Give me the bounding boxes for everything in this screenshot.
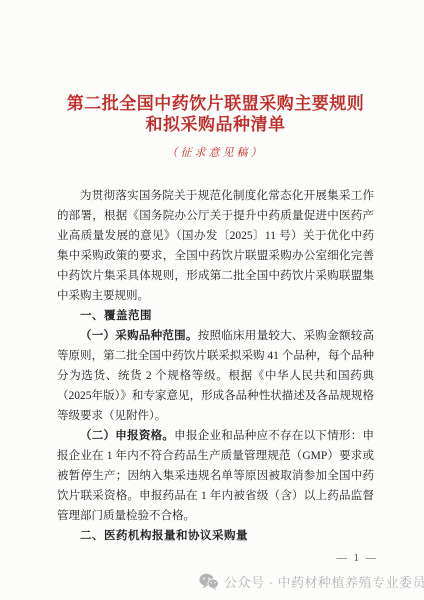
page-number: — 1 — [337, 553, 379, 564]
paragraph-eligibility: （二）申报资格。申报企业和品种应不存在以下情形：申报企业在 1 年内不符合药品生… [57, 426, 374, 526]
paragraph-eligibility-lead: （二）申报资格。 [80, 430, 174, 442]
document-page: 第二批全国中药饮片联盟采购主要规则 和拟采购品种清单 （征求意见稿） 为贯彻落实… [0, 0, 424, 600]
footer-watermark-text: 公众号 · 中药材种植养殖专业委员会 [224, 572, 424, 591]
paragraph-scope: （一）采购品种范围。按照临床用量较大、采购金额较高等原则，第二批全国中药饮片联采… [57, 326, 374, 426]
document-body: 为贯彻落实国务院关于规范化制度化常态化开展集采工作的部署，根据《国务院办公厅关于… [57, 186, 374, 546]
document-title-line-1: 第二批全国中药饮片联盟采购主要规则 [57, 93, 374, 114]
paragraph-scope-text: 按照临床用量较大、采购金额较高等原则，第二批全国中药饮片联采拟采购 41 个品种… [57, 330, 374, 422]
section-heading-2: 二、医药机构报量和协议采购量 [57, 526, 374, 546]
document-title-block: 第二批全国中药饮片联盟采购主要规则 和拟采购品种清单 （征求意见稿） [57, 93, 374, 160]
paragraph-eligibility-text: 申报企业和品种应不存在以下情形：申报企业在 1 年内不符合药品生产质量管理规范（… [57, 430, 374, 522]
document-content: 第二批全国中药饮片联盟采购主要规则 和拟采购品种清单 （征求意见稿） 为贯彻落实… [57, 0, 374, 546]
document-subtitle: （征求意见稿） [57, 144, 374, 160]
wechat-icon [199, 573, 219, 590]
paragraph-scope-lead: （一）采购品种范围。 [80, 330, 198, 342]
section-heading-1: 一、覆盖范围 [57, 306, 374, 326]
paragraph-intro: 为贯彻落实国务院关于规范化制度化常态化开展集采工作的部署，根据《国务院办公厅关于… [57, 186, 374, 306]
footer-watermark: 公众号 · 中药材种植养殖专业委员会 [199, 572, 424, 591]
document-title-line-2: 和拟采购品种清单 [57, 114, 374, 135]
